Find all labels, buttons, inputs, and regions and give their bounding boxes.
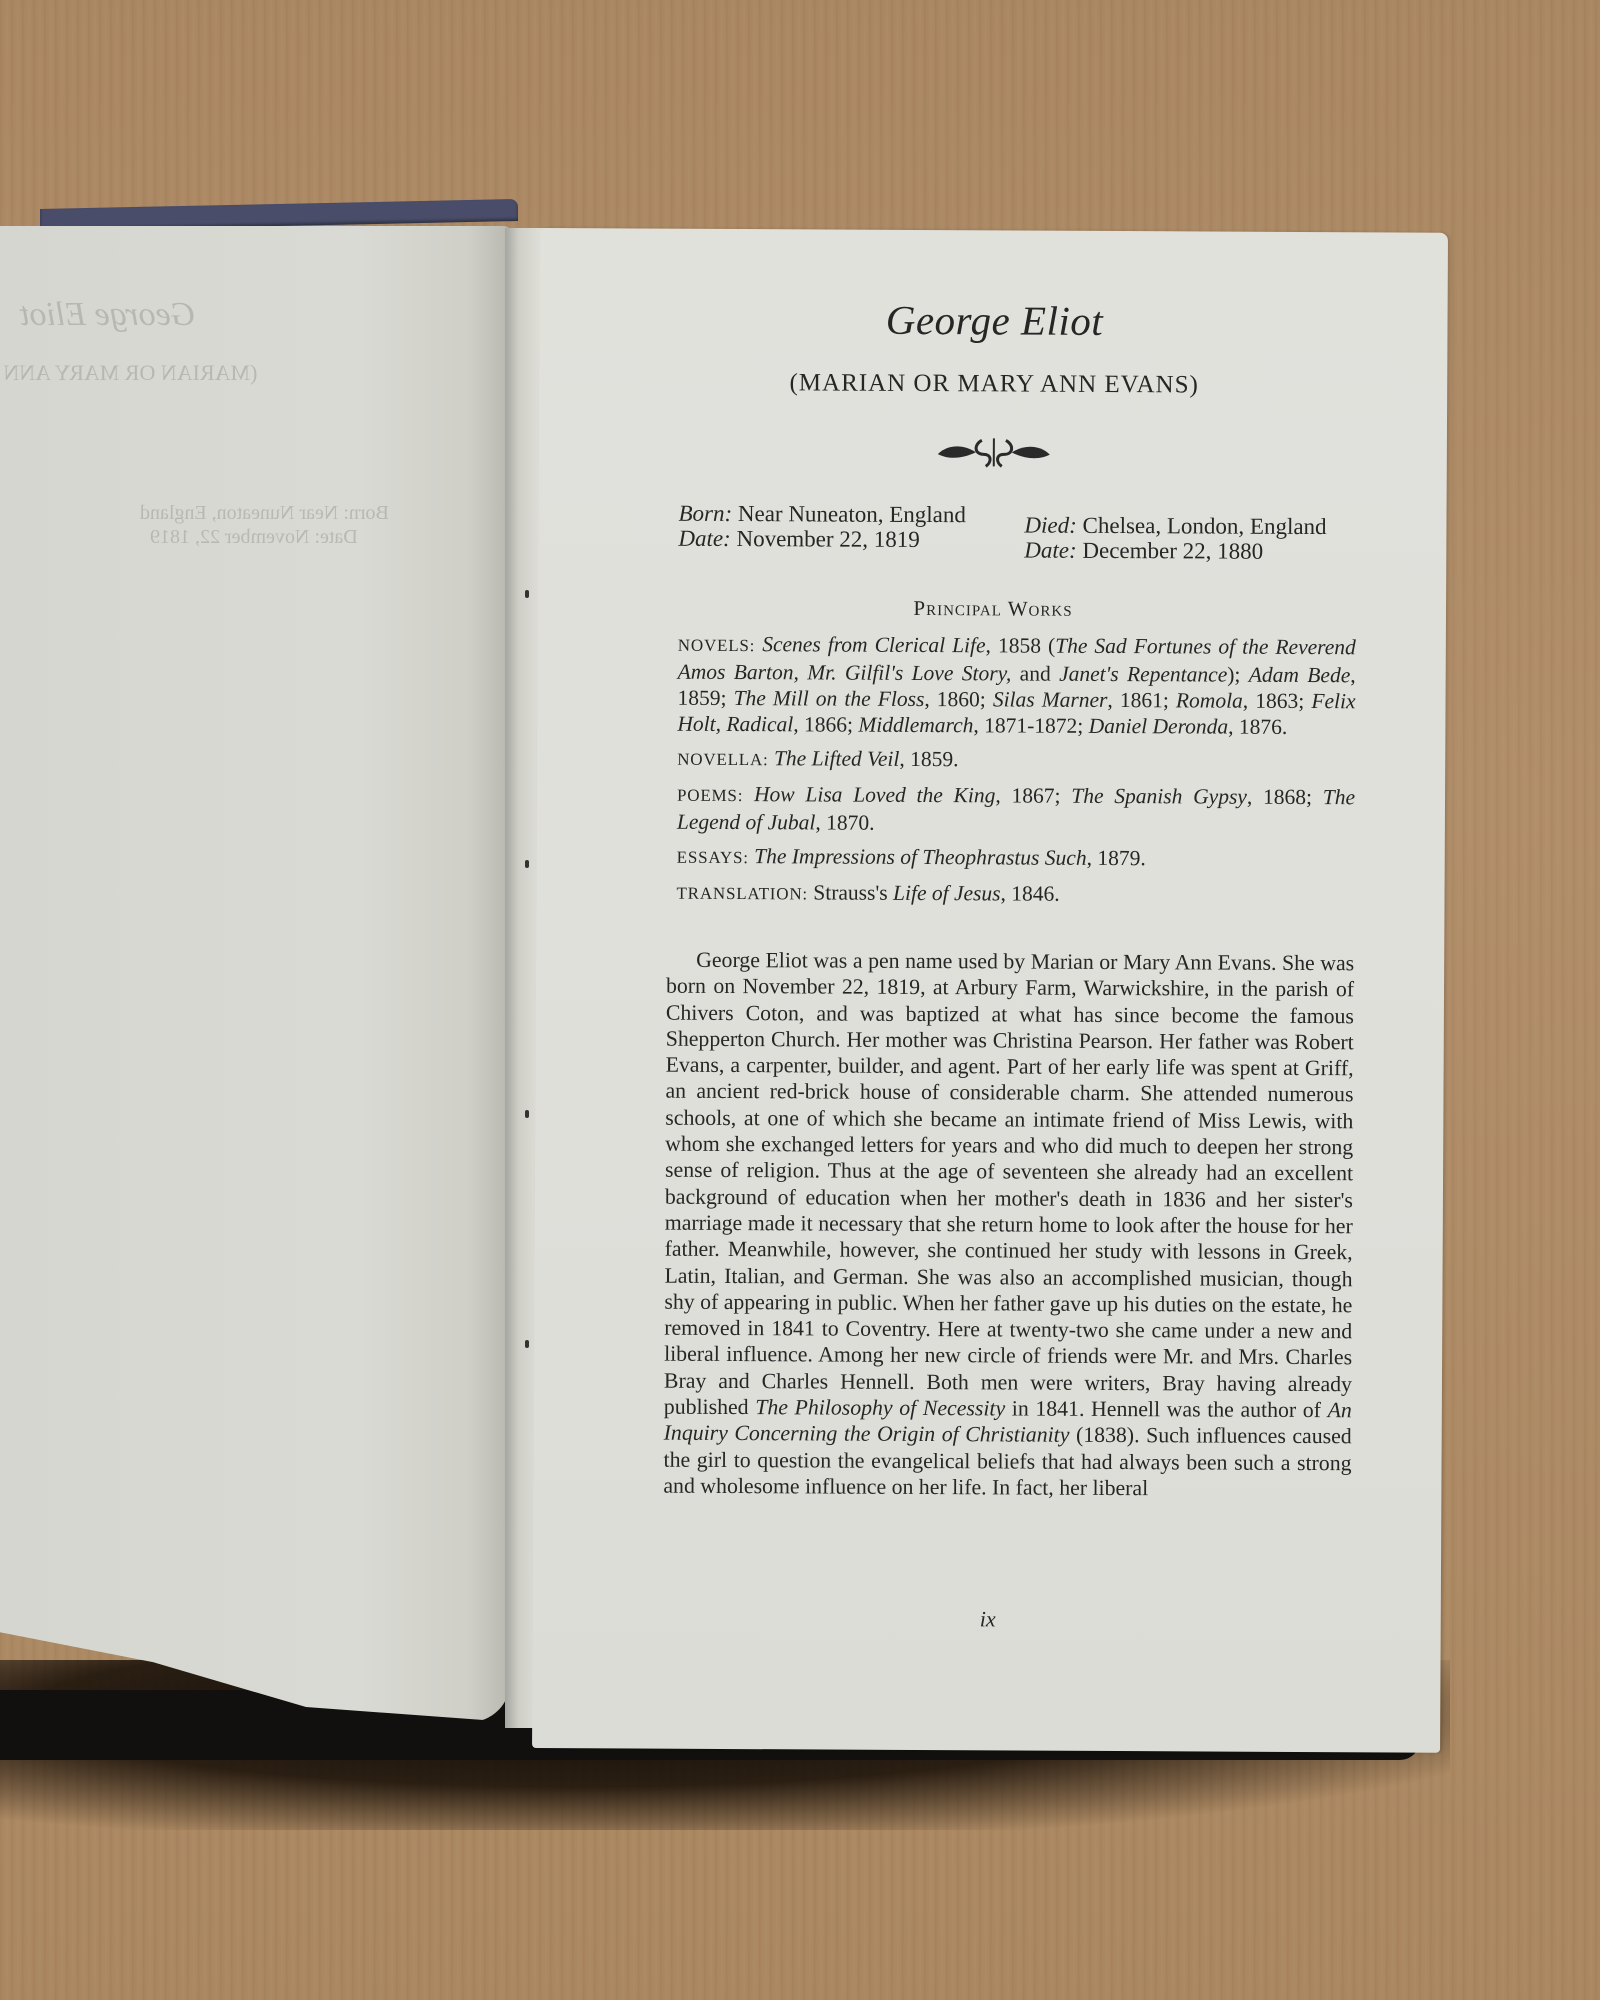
- ghost-date: Date: November 22, 1819: [150, 526, 358, 549]
- ghost-subtitle: (MARIAN OR MARY ANN EVANS): [0, 360, 257, 386]
- work-year: , 1870.: [815, 810, 874, 834]
- work-year: , 1867;: [995, 783, 1071, 807]
- work-year: , 1861;: [1107, 688, 1176, 712]
- born-place: Near Nuneaton, England: [738, 501, 966, 527]
- binding-stitch: [525, 590, 529, 598]
- work-year: , 1858 (: [986, 633, 1056, 657]
- work-year: , 1846.: [1001, 881, 1060, 905]
- work-title: The Lifted Veil: [774, 746, 900, 771]
- works-list: NOVELS: Scenes from Clerical Life, 1858 …: [676, 631, 1355, 919]
- work-year: , 1863;: [1243, 689, 1312, 713]
- fleuron-ornament-icon: [934, 432, 1054, 473]
- body-text-segment: in 1841. Hennell was the author of: [1005, 1396, 1328, 1422]
- work-year: , 1868;: [1247, 785, 1323, 809]
- work-title: Romola: [1176, 688, 1243, 712]
- works-translation: TRANSLATION: Strauss's Life of Jesus, 18…: [676, 879, 1354, 911]
- died-date: December 22, 1880: [1082, 538, 1263, 564]
- left-page: George Eliot (MARIAN OR MARY ANN EVANS) …: [0, 226, 510, 1722]
- work-year: , 1879.: [1087, 846, 1146, 870]
- work-title: Silas Marner: [993, 687, 1108, 712]
- work-title: How Lisa Loved the King: [754, 782, 995, 807]
- page-content: George Eliot (MARIAN OR MARY ANN EVANS) …: [640, 229, 1350, 233]
- works-novels: NOVELS: Scenes from Clerical Life, 1858 …: [677, 631, 1356, 741]
- born-info: Born: Near Nuneaton, England Date: Novem…: [678, 501, 966, 553]
- born-label: Born:: [678, 501, 732, 526]
- binding-stitch: [525, 1340, 529, 1348]
- category-label: TRANSLATION:: [676, 884, 808, 904]
- work-year: , 1876.: [1228, 715, 1287, 739]
- works-essays: ESSAYS: The Impressions of Theophrastus …: [677, 843, 1355, 875]
- born-date: November 22, 1819: [736, 526, 919, 552]
- died-place: Chelsea, London, England: [1083, 513, 1327, 539]
- body-text-segment: George Eliot was a pen name used by Mari…: [664, 948, 1354, 1419]
- principal-works-heading: Principal Works: [638, 595, 1348, 624]
- work-title: Scenes from Clerical Life: [762, 632, 985, 657]
- page-title: George Eliot: [639, 295, 1349, 347]
- connector-text: and: [1011, 661, 1059, 685]
- category-label: POEMS:: [677, 786, 743, 805]
- ghost-title: George Eliot: [20, 296, 195, 334]
- work-year: , 1860;: [924, 687, 993, 711]
- page-number: ix: [633, 1605, 1343, 1635]
- died-date-label: Date:: [1024, 538, 1077, 563]
- work-year: , 1859.: [899, 747, 958, 771]
- works-novella: NOVELLA: The Lifted Veil, 1859.: [677, 745, 1355, 777]
- work-author: Strauss's: [813, 880, 893, 904]
- category-label: NOVELS:: [678, 636, 755, 655]
- born-date-label: Date:: [678, 526, 731, 551]
- work-year: , 1871-1872;: [973, 713, 1088, 738]
- died-info: Died: Chelsea, London, England Date: Dec…: [1024, 513, 1326, 565]
- connector-text: );: [1227, 663, 1249, 687]
- body-paragraph: George Eliot was a pen name used by Mari…: [663, 947, 1354, 1503]
- work-title: Daniel Deronda: [1089, 714, 1229, 739]
- ghost-born: Born: Near Nuneaton, England: [140, 502, 389, 525]
- died-label: Died:: [1024, 513, 1077, 538]
- biography-text: George Eliot was a pen name used by Mari…: [663, 947, 1354, 1503]
- binding-stitch: [525, 1110, 529, 1118]
- page-subtitle: (MARIAN OR MARY ANN EVANS): [639, 369, 1349, 401]
- work-year: , 1866;: [793, 712, 858, 736]
- binding-stitch: [525, 860, 529, 868]
- work-title: The Mill on the Floss: [734, 686, 925, 711]
- right-page: George Eliot (MARIAN OR MARY ANN EVANS) …: [532, 228, 1448, 1753]
- cited-title: The Philosophy of Necessity: [755, 1395, 1005, 1420]
- category-label: ESSAYS:: [677, 848, 749, 867]
- work-title: Life of Jesus: [893, 881, 1001, 906]
- work-title: The Spanish Gypsy: [1071, 784, 1247, 809]
- work-title: Janet's Repentance: [1059, 662, 1227, 687]
- work-title: Adam Bede: [1249, 663, 1351, 688]
- work-title: Middlemarch: [858, 713, 973, 738]
- works-poems: POEMS: How Lisa Loved the King, 1867; Th…: [677, 781, 1355, 839]
- work-title: The Impressions of Theophrastus Such: [754, 844, 1087, 870]
- category-label: NOVELLA:: [677, 750, 768, 769]
